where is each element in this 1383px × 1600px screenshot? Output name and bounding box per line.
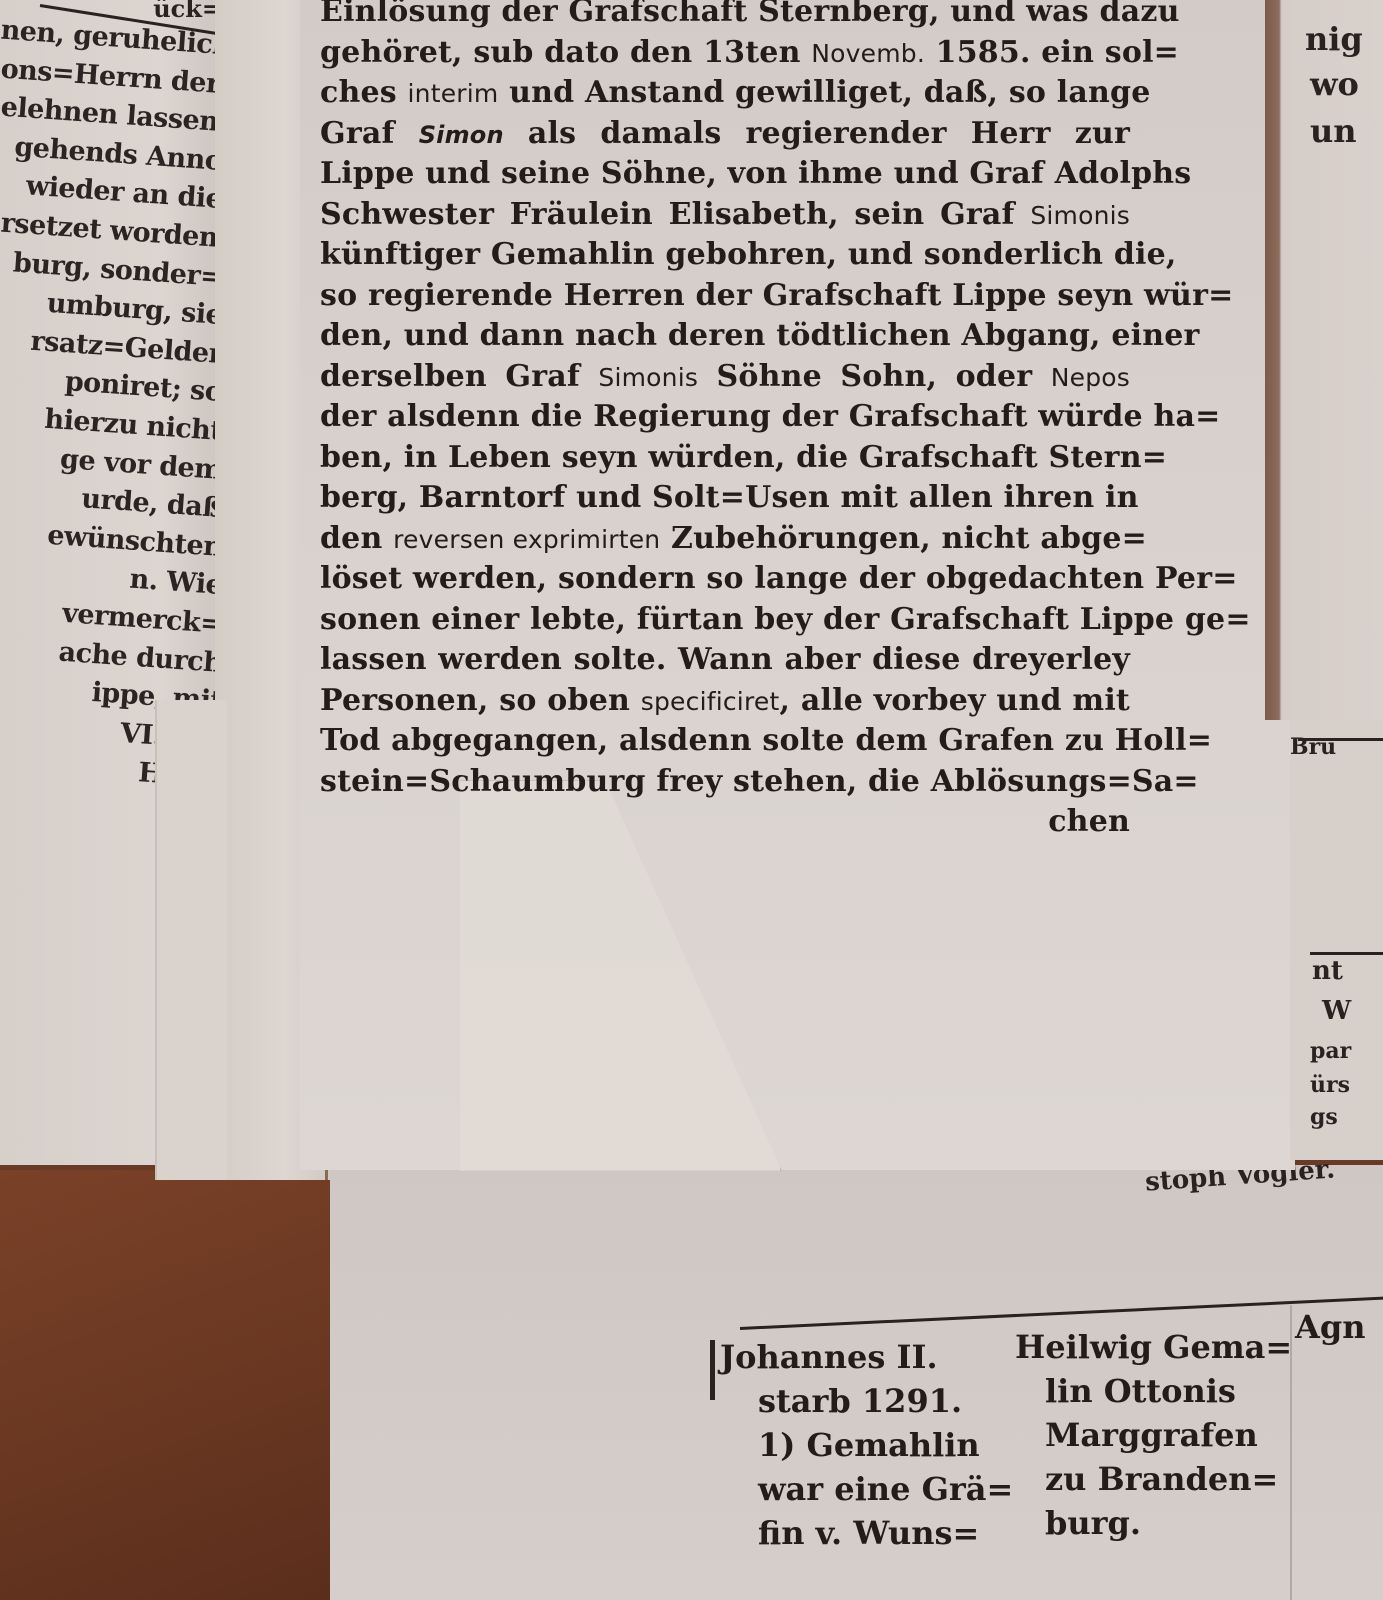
fraktur-text: der alsdenn die Regierung der Grafschaft… — [320, 399, 1220, 434]
latin-word: Simonis — [598, 363, 698, 392]
fraktur-text: , alle vorbey und mit — [779, 683, 1130, 718]
right-page-strip: nig wo un — [1265, 0, 1383, 720]
text-line: löset werden, sondern so lange der obged… — [320, 559, 1130, 600]
fraktur-text: so regierende Herren der Grafschaft Lipp… — [320, 278, 1233, 313]
main-page-text: Einlösung der Grafschaft Sternberg, und … — [320, 0, 1130, 843]
text-line: Tod abgegangen, alsdenn solte dem Grafen… — [320, 721, 1130, 762]
fraktur-text: den, und dann nach deren tödtlichen Abga… — [320, 318, 1200, 353]
genealogy-column-1: Johannes II.starb 1291.1) Gemahlinwar ei… — [720, 1335, 1013, 1555]
right-lower-fragment: Bru nt W par ürs gs — [1290, 720, 1383, 1160]
genealogy-entry: 1) Gemahlin — [720, 1423, 1013, 1467]
fraktur-text: Graf — [320, 116, 419, 151]
fraktur-text: Schwester Fräulein Elisabeth, sein Graf — [320, 197, 1030, 232]
fraktur-text: künftiger Gemahlin gebohren, und sonderl… — [320, 237, 1177, 272]
latin-word: Simonis — [1030, 201, 1130, 230]
latin-word: Nepos — [1051, 363, 1130, 392]
left-page-header-fragment: ück= — [153, 0, 222, 23]
text-line: Einlösung der Grafschaft Sternberg, und … — [320, 0, 1130, 33]
fraktur-text: derselben Graf — [320, 359, 598, 394]
right-fragment: gs — [1310, 1104, 1338, 1130]
right-fragment: nt — [1312, 956, 1343, 986]
torn-page-strip — [155, 700, 227, 1180]
genealogy-entry: fin v. Wuns= — [720, 1511, 1013, 1555]
left-page-text: nen, geruhelichons=Herrn der=elehnen las… — [0, 30, 222, 802]
wooden-table-surface — [0, 1170, 340, 1600]
main-page: Einlösung der Grafschaft Sternberg, und … — [300, 0, 1295, 1170]
right-fragment: un — [1310, 112, 1357, 150]
genealogy-entry: Marggrafen — [1015, 1413, 1292, 1457]
genealogy-column-3: Agn — [1295, 1305, 1365, 1349]
right-fragment: nig — [1305, 20, 1363, 58]
fraktur-text: löset werden, sondern so lange der obged… — [320, 561, 1238, 596]
text-line: Lippe und seine Söhne, von ihme und Graf… — [320, 154, 1130, 195]
text-line: ben, in Leben seyn würden, die Grafschaf… — [320, 438, 1130, 479]
genealogy-entry: burg. — [1015, 1501, 1292, 1545]
bottom-sheet: stoph Vogler. Johannes II.starb 1291.1) … — [330, 1165, 1383, 1600]
text-line: berg, Barntorf und Solt=Usen mit allen i… — [320, 478, 1130, 519]
fraktur-text: Söhne Sohn, oder — [698, 359, 1051, 394]
right-fragment: wo — [1310, 65, 1359, 103]
fragment-rule — [1310, 952, 1383, 955]
fraktur-text: ches — [320, 75, 408, 110]
text-line: ches interim und Anstand gewilliget, daß… — [320, 73, 1130, 114]
fraktur-text: Einlösung der Grafschaft Sternberg, und … — [320, 0, 1180, 29]
fraktur-text: und Anstand gewilliget, daß, so lange — [498, 75, 1150, 110]
text-line: Personen, so oben specificiret, alle vor… — [320, 681, 1130, 722]
text-line: Schwester Fräulein Elisabeth, sein Graf … — [320, 195, 1130, 236]
genealogy-entry: lin Ottonis — [1015, 1369, 1292, 1413]
fraktur-text: gehöret, sub dato den 13ten — [320, 35, 811, 70]
fraktur-text: lassen werden solte. Wann aber diese dre… — [320, 642, 1130, 677]
genealogy-entry: war eine Grä= — [720, 1467, 1013, 1511]
genealogy-entry: Heilwig Gema= — [1015, 1325, 1292, 1369]
latin-word: Simon — [419, 121, 504, 149]
fraktur-text: Zubehörungen, nicht abge= — [660, 521, 1147, 556]
text-line: gehöret, sub dato den 13ten Novemb. 1585… — [320, 33, 1130, 74]
text-line: den, und dann nach deren tödtlichen Abga… — [320, 316, 1130, 357]
fraktur-text: den — [320, 521, 393, 556]
genealogy-column-2: Heilwig Gema=lin OttonisMarggrafenzu Bra… — [1015, 1325, 1292, 1545]
text-line: Graf Simon als damals regierender Herr z… — [320, 114, 1130, 155]
text-line: so regierende Herren der Grafschaft Lipp… — [320, 276, 1130, 317]
text-line: sonen einer lebte, fürtan bey der Grafsc… — [320, 600, 1130, 641]
right-fragment: W — [1322, 996, 1351, 1026]
fraktur-text: Tod abgegangen, alsdenn solte dem Grafen… — [320, 723, 1212, 758]
latin-word: interim — [408, 79, 499, 108]
latin-word: reversen exprimirten — [393, 525, 660, 554]
text-line: chen — [320, 802, 1130, 843]
fraktur-text: ben, in Leben seyn würden, die Grafschaf… — [320, 440, 1167, 475]
fraktur-text: als damals regierender Herr zur — [504, 116, 1130, 151]
fraktur-text: Personen, so oben — [320, 683, 641, 718]
text-line: derselben Graf Simonis Söhne Sohn, oder … — [320, 357, 1130, 398]
latin-word: specificiret — [641, 687, 780, 716]
fraktur-text: Lippe und seine Söhne, von ihme und Graf… — [320, 156, 1191, 191]
right-fragment: ürs — [1310, 1072, 1350, 1098]
text-line: der alsdenn die Regierung der Grafschaft… — [320, 397, 1130, 438]
fraktur-text: berg, Barntorf und Solt=Usen mit allen i… — [320, 480, 1139, 515]
genealogy-entry: Agn — [1295, 1305, 1365, 1349]
right-fragment: Bru — [1290, 734, 1336, 760]
text-line: stein=Schaumburg frey stehen, die Ablösu… — [320, 762, 1130, 803]
genealogy-bracket — [710, 1340, 715, 1400]
fraktur-text: chen — [1048, 804, 1130, 839]
genealogy-entry: zu Branden= — [1015, 1457, 1292, 1501]
text-line: den reversen exprimirten Zubehörungen, n… — [320, 519, 1130, 560]
right-fragment: par — [1310, 1038, 1351, 1064]
fraktur-text: sonen einer lebte, fürtan bey der Grafsc… — [320, 602, 1251, 637]
fraktur-text: stein=Schaumburg frey stehen, die Ablösu… — [320, 764, 1199, 799]
fraktur-text: 1585. ein sol= — [925, 35, 1179, 70]
text-line: künftiger Gemahlin gebohren, und sonderl… — [320, 235, 1130, 276]
latin-word: Novemb. — [811, 39, 925, 68]
text-line: lassen werden solte. Wann aber diese dre… — [320, 640, 1130, 681]
genealogy-entry: Johannes II. — [720, 1335, 1013, 1379]
genealogy-entry: starb 1291. — [720, 1379, 1013, 1423]
